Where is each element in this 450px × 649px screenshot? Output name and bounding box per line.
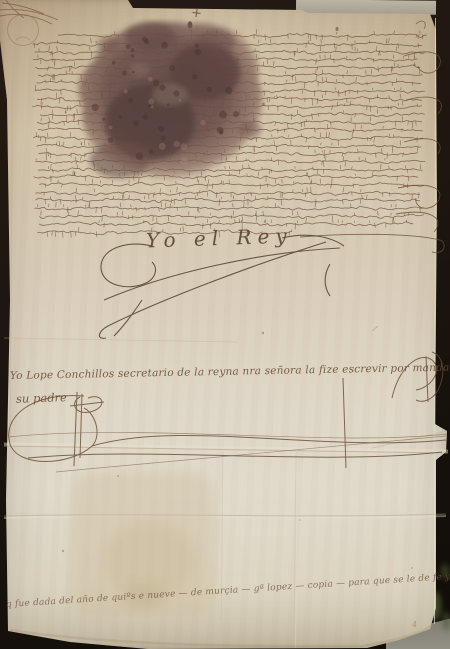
corner-pen-stroke <box>6 0 24 18</box>
invocation-cross: + <box>190 5 203 21</box>
signature-rubric <box>99 235 344 338</box>
manuscript-artwork <box>0 0 450 649</box>
secretary-subscription-line2: su padre <box>16 390 67 406</box>
manuscript-scan: { "manuscript": { "kind": "royal letter … <box>0 0 450 649</box>
watermark-circle <box>8 15 39 46</box>
stray-pen-tick <box>372 326 378 331</box>
royal-signature: Yo el Rey <box>146 223 293 252</box>
corner-pen-stroke <box>0 14 52 24</box>
corner-pen-stroke <box>2 3 44 14</box>
corner-mark: 4 <box>412 620 418 629</box>
ink-blot <box>79 22 263 178</box>
scan-stage: + Yo el Rey Yo Lope Conchillos secretari… <box>0 0 450 649</box>
margin-tick <box>416 21 425 29</box>
